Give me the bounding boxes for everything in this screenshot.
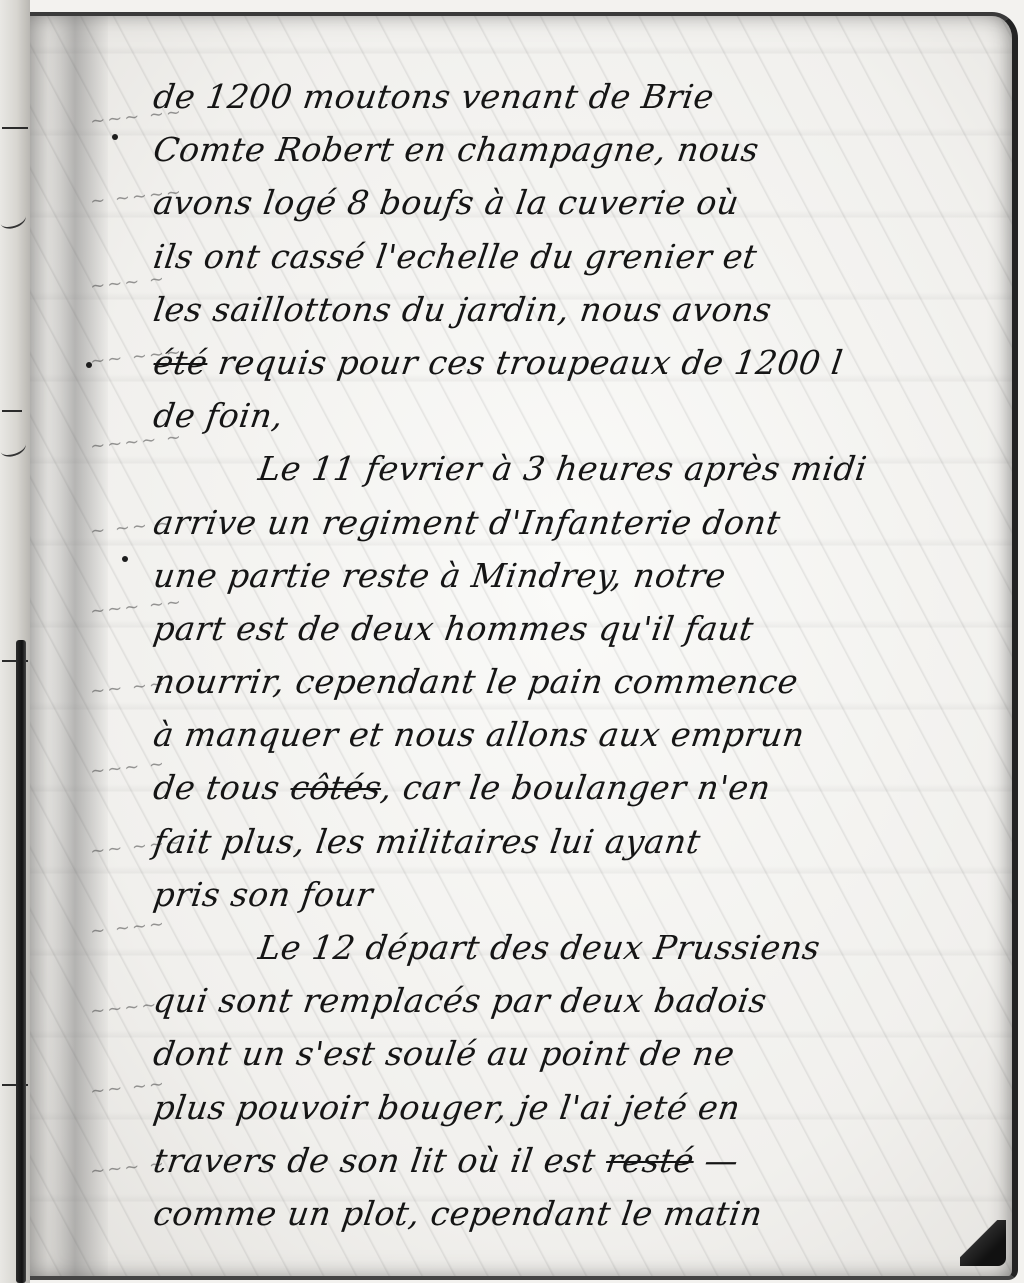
manuscript-line: qui sont remplacés par deux badois bbox=[150, 974, 997, 1027]
margin-flourish bbox=[0, 436, 28, 459]
manuscript-line: arrive un regiment d'Infanterie dont bbox=[150, 496, 997, 549]
manuscript-line: dont un s'est soulé au point de ne bbox=[150, 1027, 997, 1080]
manuscript-line: nourrir, cependant le pain commence bbox=[150, 655, 997, 708]
manuscript-line: été requis pour ces troupeaux de 1200 l bbox=[150, 336, 997, 389]
struck-word: été bbox=[151, 343, 210, 382]
struck-word: resté bbox=[604, 1141, 697, 1180]
manuscript-line: avons logé 8 boufs à la cuverie où bbox=[150, 176, 997, 229]
binding-line bbox=[16, 640, 26, 1283]
manuscript-line: une partie reste à Mindrey, notre bbox=[150, 549, 997, 602]
ink-spot bbox=[122, 556, 128, 562]
manuscript-line: pris son four bbox=[150, 868, 997, 921]
manuscript-line: travers de son lit où il est resté — bbox=[150, 1134, 997, 1187]
margin-mark bbox=[2, 127, 28, 129]
ink-spot bbox=[86, 362, 92, 368]
manuscript-line: part est de deux hommes qu'il faut bbox=[150, 602, 997, 655]
handwritten-text-block: de 1200 moutons venant de Brie Comte Rob… bbox=[150, 70, 990, 1240]
margin-flourish bbox=[0, 208, 28, 231]
manuscript-line: de foin, bbox=[150, 389, 997, 442]
margin-mark bbox=[2, 410, 22, 412]
manuscript-line-paragraph-start: Le 11 fevrier à 3 heures après midi bbox=[150, 442, 997, 495]
manuscript-line: ils ont cassé l'echelle du grenier et bbox=[150, 230, 997, 283]
manuscript-line: de 1200 moutons venant de Brie bbox=[150, 70, 997, 123]
manuscript-line: les saillottons du jardin, nous avons bbox=[150, 283, 997, 336]
struck-word: côtés bbox=[288, 768, 384, 807]
manuscript-line: plus pouvoir bouger, je l'ai jeté en bbox=[150, 1081, 997, 1134]
manuscript-line: Comte Robert en champagne, nous bbox=[150, 123, 997, 176]
manuscript-line: fait plus, les militaires lui ayant bbox=[150, 815, 997, 868]
ink-spot bbox=[112, 134, 118, 140]
manuscript-line: de tous côtés, car le boulanger n'en bbox=[150, 761, 997, 814]
manuscript-line-paragraph-start: Le 12 départ des deux Prussiens bbox=[150, 921, 997, 974]
manuscript-line: comme un plot, cependant le matin bbox=[150, 1187, 997, 1240]
manuscript-line: à manquer et nous allons aux emprun bbox=[150, 708, 997, 761]
